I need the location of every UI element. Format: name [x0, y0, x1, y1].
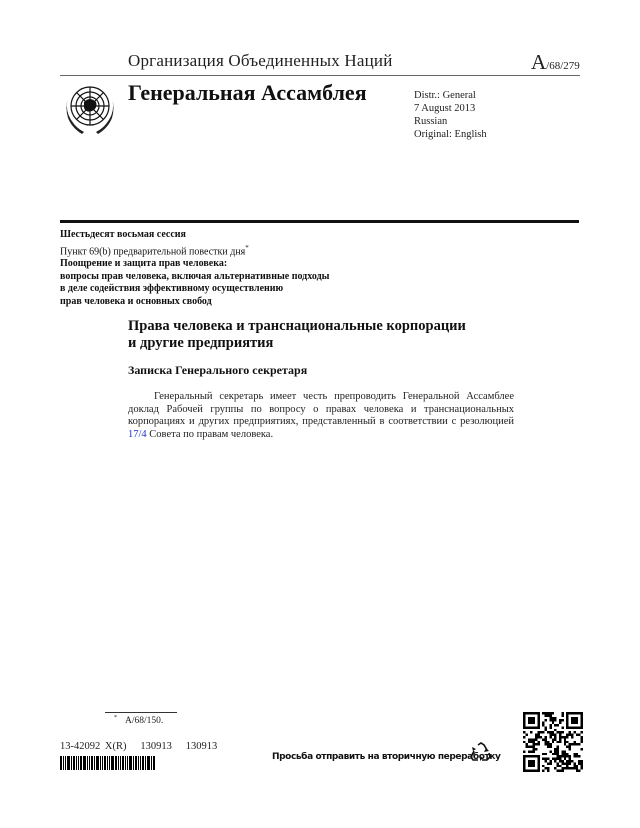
distribution-date: 7 August 2013	[414, 102, 487, 115]
footnote-ref[interactable]: *	[245, 244, 249, 252]
distribution-block: Distr.: General 7 August 2013 Russian Or…	[414, 89, 487, 141]
qr-code-icon	[523, 712, 583, 772]
body-paragraph: Генеральный секретарь имеет честь препро…	[128, 391, 514, 442]
recycle-icon	[470, 742, 492, 762]
symbol-prefix: A	[531, 50, 546, 74]
topic-line: прав человека и основных свобод	[60, 296, 329, 309]
agenda-block: Шестьдесят восьмая сессия Пункт 69(b) пр…	[60, 229, 329, 308]
distribution-original: Original: English	[414, 128, 487, 141]
barcode-icon	[60, 756, 165, 770]
section-rule	[60, 220, 579, 223]
session-label: Шестьдесят восьмая сессия	[60, 229, 329, 242]
topic-line: вопросы прав человека, включая альтернат…	[60, 271, 329, 284]
agenda-item: Пункт 69(b) предварительной повестки дня…	[60, 242, 329, 259]
document-subtitle: Записка Генерального секретаря	[128, 363, 307, 378]
footnote-rule	[105, 712, 177, 713]
recycle-text: Просьба отправить на вторичную переработ…	[272, 752, 501, 762]
resolution-link[interactable]: 17/4	[128, 429, 147, 440]
distribution-language: Russian	[414, 115, 487, 128]
document-title: Права человека и транснациональные корпо…	[128, 318, 466, 352]
un-emblem-icon	[60, 78, 120, 138]
topic-line: Поощрение и защита прав человека:	[60, 258, 329, 271]
organization-name: Организация Объединенных Наций	[128, 51, 393, 71]
header-rule	[60, 75, 580, 76]
document-number: 13-42092 X(R) 130913 130913	[60, 741, 217, 752]
assembly-title: Генеральная Ассамблея	[128, 80, 367, 106]
footnote: *A/68/150.	[114, 715, 163, 726]
symbol-suffix: /68/279	[546, 60, 580, 72]
document-symbol: A/68/279	[531, 50, 580, 75]
distribution-line: Distr.: General	[414, 89, 487, 102]
topic-line: в деле содействия эффективному осуществл…	[60, 283, 329, 296]
